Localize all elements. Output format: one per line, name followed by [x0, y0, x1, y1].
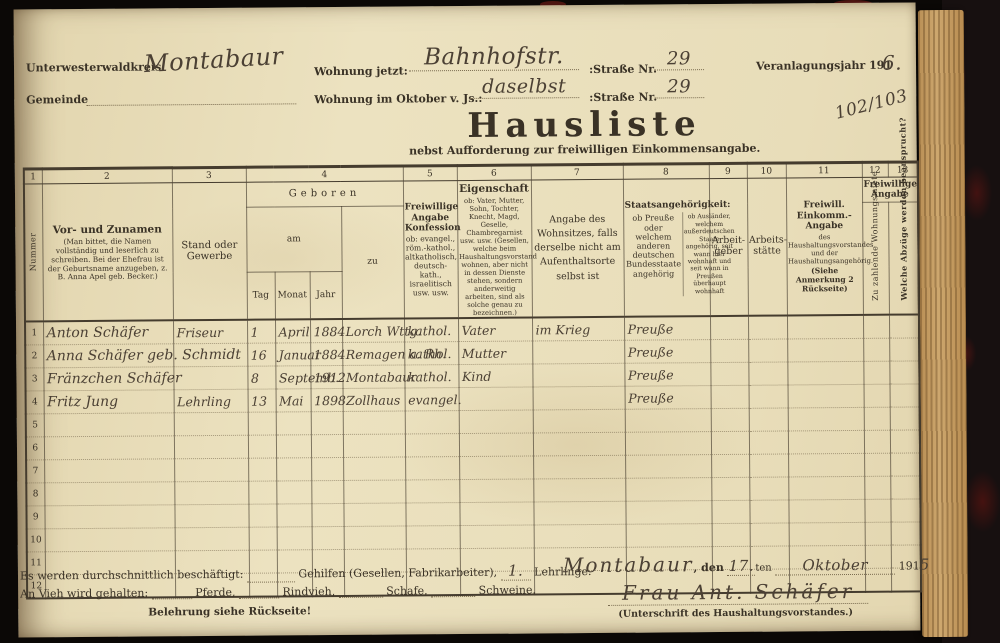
cell-arbeitgeber: [710, 340, 748, 363]
cell-staat: Preuße: [624, 316, 710, 340]
cell-nr: 4: [26, 391, 44, 414]
place-handwritten: Montabaur: [563, 552, 694, 577]
cell-miete: [864, 407, 890, 430]
cell-staat: Preuße: [624, 340, 710, 364]
cell-nr: 5: [26, 414, 44, 437]
cell-staat: [625, 409, 711, 433]
form-footer: Es werden durchschnittlich beschäftigt: …: [18, 542, 921, 637]
header-zu: zu: [341, 206, 404, 319]
cell-name: [44, 413, 174, 437]
cell-name: Fritz Jung: [44, 390, 174, 414]
cell-arbeitgeber: [711, 501, 749, 524]
cell-abzuege: [889, 338, 919, 361]
cell-tag: 8: [247, 366, 275, 389]
header-geboren-group: Geboren: [246, 181, 403, 207]
cell-einkommen: [788, 385, 864, 409]
header-arbeitsstaette: Arbeits­stätte: [747, 178, 787, 316]
cell-monat: Septemb.: [275, 366, 310, 389]
date-day-handwritten: 17.: [727, 557, 755, 576]
cell-name: [44, 505, 174, 529]
cell-jahr: 1884: [310, 343, 342, 366]
cell-zu: [343, 480, 405, 503]
cell-tag: [248, 504, 276, 527]
wohnung-oktober-label: Wohnung im Oktober v. Js.:: [314, 92, 482, 106]
cell-staat: [625, 432, 711, 456]
cell-tag: [248, 458, 276, 481]
cell-arbeitgeber: [710, 316, 748, 340]
header-einkommen: Freiwill. Einkomm.-Angabe des Haushaltun…: [786, 177, 863, 315]
cell-einkommen: [788, 408, 864, 432]
cell-miete: [864, 453, 890, 476]
cell-arbeitsstaette: [749, 500, 788, 523]
cell-monat: April: [275, 320, 310, 344]
cell-jahr: 1912: [310, 366, 342, 389]
header-eigenschaft: Eigenschaft ob: Vater, Mutter, Sohn, Toc…: [457, 180, 532, 318]
cell-abzuege: [890, 430, 920, 453]
cell-eigenschaft: Vater: [458, 318, 532, 342]
cell-tag: 16: [247, 343, 275, 366]
header-tag: Tag: [247, 272, 275, 321]
cell-monat: [276, 458, 311, 481]
form-header: Unterwesterwaldkreis. Montabaur Gemeinde…: [14, 2, 917, 163]
cell-stand: [174, 436, 248, 460]
col-number: 1: [24, 169, 42, 184]
cell-staat: [625, 478, 711, 502]
cell-eigenschaft: [459, 387, 533, 411]
cell-nr: 9: [26, 506, 44, 529]
strasse-nr-label-1: :Straße Nr.: [589, 63, 657, 77]
cell-konfession: [405, 480, 459, 503]
district-value-handwritten: Montabaur: [143, 42, 284, 78]
wohnung-oktober-value-handwritten: daselbst: [469, 75, 579, 99]
cell-eigenschaft: [459, 410, 533, 434]
date-month-handwritten: Oktober: [775, 556, 895, 576]
cell-arbeitsstaette: [749, 431, 788, 454]
wohnung-jetzt-value-handwritten: Bahnhofstr.: [409, 43, 579, 71]
cell-abzuege: [889, 361, 919, 384]
header-abzuege: Welche Abzüge werden beansprucht?: [888, 202, 919, 315]
veranlagungsjahr-value-handwritten: 6.: [882, 51, 902, 75]
page-edge-stack: [918, 10, 968, 637]
employed-line: Es werden durchschnittlich beschäftigt: …: [20, 561, 592, 584]
cell-jahr: [311, 412, 343, 435]
header-monat: Monat: [275, 271, 310, 320]
hausliste-table: 1 2 3 4 5 6 7 8 9 10 11 12 13 Nummer Vor…: [23, 160, 922, 599]
cell-abzuege: [890, 384, 920, 407]
cell-zu: [343, 411, 405, 434]
cell-einkommen: [787, 339, 863, 363]
cell-name: Anna Schäfer geb. Schmidt: [43, 344, 173, 368]
cell-arbeitsstaette: [749, 477, 788, 500]
cell-miete: [864, 499, 890, 522]
cell-konfession: [405, 434, 459, 457]
cell-einkommen: [788, 454, 864, 478]
cell-tag: [248, 412, 276, 435]
cell-tag: [248, 435, 276, 458]
header-stand-oder-gewerbe: Stand oder Gewerbe: [172, 182, 247, 320]
cell-monat: Mai: [276, 389, 311, 412]
gemeinde-blank-line: [86, 87, 296, 106]
cell-arbeitgeber: [711, 386, 749, 409]
vieh-line: An Vieh wird gehalten: Pferde, Rindvieh,…: [20, 583, 536, 600]
signature-caption: (Unterschrift des Haushaltungsvorstandes…: [618, 607, 853, 620]
cell-monat: [276, 412, 311, 435]
cell-konfession: [405, 503, 459, 526]
cell-stand: [174, 459, 248, 483]
cell-wohnsitz: [533, 502, 625, 526]
cell-zu: [343, 503, 405, 526]
header-konfession: Freiwillige Angabe Konfession ob: evange…: [403, 181, 458, 319]
strasse-nr-label-2: :Straße Nr.: [589, 91, 657, 105]
cell-jahr: [311, 458, 343, 481]
cell-name: [44, 459, 174, 483]
cell-konfession: [405, 457, 459, 480]
cell-miete: [864, 384, 890, 407]
cell-zu: Zollhaus: [343, 388, 405, 411]
cell-wohnsitz: im Krieg: [532, 317, 624, 341]
cell-zu: Montabaur: [342, 365, 404, 388]
cell-nr: 6: [26, 437, 44, 460]
cell-eigenschaft: [459, 479, 533, 503]
wohnung-jetzt-label: Wohnung jetzt:: [314, 64, 408, 78]
cell-nr: 2: [25, 345, 43, 368]
cell-wohnsitz: [533, 479, 625, 503]
cell-nr: 7: [26, 460, 44, 483]
header-staatsangehoerigkeit: Staatsangehörigkeit: ob Preuße oder welc…: [623, 179, 710, 317]
cell-konfession: kathol.: [404, 318, 458, 342]
cell-miete: [864, 476, 890, 499]
document-page: Unterwesterwaldkreis. Montabaur Gemeinde…: [14, 2, 921, 637]
col-number: 5: [403, 166, 457, 181]
cell-monat: [276, 481, 311, 504]
veranlagungsjahr-label: Veranlagungsjahr 191: [756, 59, 892, 73]
cell-staat: Preuße: [624, 363, 710, 387]
cell-arbeitgeber: [711, 478, 749, 501]
col-number: 4: [246, 166, 403, 182]
cell-jahr: [311, 435, 343, 458]
cell-wohnsitz: [533, 456, 625, 480]
cell-stand: Lehrling: [174, 390, 248, 414]
cell-miete: [864, 430, 890, 453]
cell-nr: 8: [26, 483, 44, 506]
cell-nr: 1: [25, 322, 43, 346]
cell-tag: [248, 481, 276, 504]
cell-stand: [174, 413, 248, 437]
cell-miete: [863, 338, 889, 361]
cell-einkommen: [787, 315, 863, 339]
cell-arbeitsstaette: [749, 385, 788, 408]
cell-miete: [863, 361, 889, 384]
col-number: 10: [747, 163, 786, 178]
cell-abzuege: [890, 499, 920, 522]
cell-arbeitsstaette: [748, 316, 787, 340]
cell-konfession: [405, 411, 459, 434]
page-title: Hausliste: [434, 104, 734, 146]
cell-wohnsitz: [533, 410, 625, 434]
cell-eigenschaft: Mutter: [458, 341, 532, 365]
header-vor-und-zunamen: Vor- und Zunamen (Man bittet, die Namen …: [42, 183, 173, 322]
page-subtitle: nebst Aufforderung zur freiwilligen Eink…: [335, 141, 835, 158]
cell-wohnsitz: [532, 364, 624, 388]
cell-arbeitsstaette: [748, 339, 787, 362]
cell-jahr: 1898: [311, 389, 343, 412]
cell-abzuege: [890, 407, 920, 430]
cell-jahr: [311, 481, 343, 504]
cell-abzuege: [889, 315, 919, 339]
cell-name: [44, 482, 174, 506]
col-number: 6: [457, 165, 531, 181]
col-number: 2: [42, 168, 172, 184]
cell-wohnsitz: [532, 341, 624, 365]
cell-abzuege: [890, 453, 920, 476]
cell-wohnsitz: [533, 433, 625, 457]
cell-nr: 3: [25, 368, 43, 391]
cell-einkommen: [787, 362, 863, 386]
cell-monat: [276, 504, 311, 527]
cell-zu: [343, 457, 405, 480]
cell-arbeitsstaette: [749, 408, 788, 431]
cell-name: [44, 436, 174, 460]
cell-staat: [625, 501, 711, 525]
cell-arbeitsstaette: [748, 362, 787, 385]
strasse-nr-oktober-handwritten: 29: [654, 76, 704, 98]
cell-eigenschaft: Kind: [458, 364, 532, 388]
cell-stand: [173, 367, 247, 391]
cell-einkommen: [788, 500, 864, 524]
cell-zu: Lorch Wttg.: [342, 319, 404, 343]
cell-eigenschaft: [459, 456, 533, 480]
cell-tag: 13: [248, 389, 276, 412]
cell-tag: 1: [247, 320, 275, 344]
cell-stand: [174, 505, 248, 529]
belehrung-notice: Belehrung siehe Rückseite!: [148, 605, 311, 618]
cell-arbeitgeber: [711, 455, 749, 478]
cell-staat: [625, 455, 711, 479]
cell-eigenschaft: [459, 502, 533, 526]
cell-einkommen: [788, 431, 864, 455]
cell-konfession: evangel.: [405, 388, 459, 411]
cell-wohnsitz: [533, 387, 625, 411]
gemeinde-label: Gemeinde: [26, 93, 88, 106]
col-number: 3: [172, 167, 246, 183]
header-am: am: [246, 206, 342, 271]
cell-monat: Januar: [275, 343, 310, 366]
cell-abzuege: [890, 476, 920, 499]
cell-name: Anton Schäfer: [43, 321, 173, 346]
cell-einkommen: [788, 477, 864, 501]
cell-monat: [276, 435, 311, 458]
cell-staat: Preuße: [625, 386, 711, 410]
col-number: 11: [786, 162, 862, 178]
cell-konfession: kathol.: [404, 365, 458, 388]
cell-konfession: kathol.: [404, 342, 458, 365]
strasse-nr-jetzt-handwritten: 29: [654, 48, 704, 70]
header-staat-left: ob Preuße oder welchem anderen deutschen…: [625, 213, 683, 297]
col-number: 7: [531, 164, 623, 180]
header-wohnsitz: Angabe des Wohnsitzes, falls derselbe ni…: [531, 179, 624, 318]
cell-eigenschaft: [459, 433, 533, 457]
header-nummer-label: Nummer: [29, 232, 38, 271]
cell-arbeitgeber: [711, 432, 749, 455]
cell-jahr: [311, 504, 343, 527]
cell-arbeitgeber: [711, 409, 749, 432]
header-nummer: Nummer: [24, 184, 43, 322]
cell-name: Fränzchen Schäfer: [43, 367, 173, 391]
cell-miete: [863, 315, 889, 339]
col-number: 9: [709, 163, 747, 178]
cell-stand: Friseur: [173, 320, 247, 344]
cell-jahr: 1884: [310, 319, 342, 343]
cell-stand: [174, 482, 248, 506]
cell-arbeitgeber: [710, 363, 748, 386]
lehrlinge-count-handwritten: 1.: [501, 562, 531, 581]
col-number: 8: [623, 164, 709, 180]
cell-arbeitsstaette: [749, 454, 788, 477]
date-year-handwritten: 5: [920, 555, 930, 573]
header-jahr: Jahr: [310, 271, 342, 320]
cell-zu: [343, 434, 405, 457]
cell-zu: Remagen a. Rh.: [342, 342, 404, 365]
signature-handwritten: Frau Ant. Schäfer: [608, 579, 868, 606]
place-date-line: Montabaur, den 17.ten Oktober 1915: [563, 550, 930, 577]
